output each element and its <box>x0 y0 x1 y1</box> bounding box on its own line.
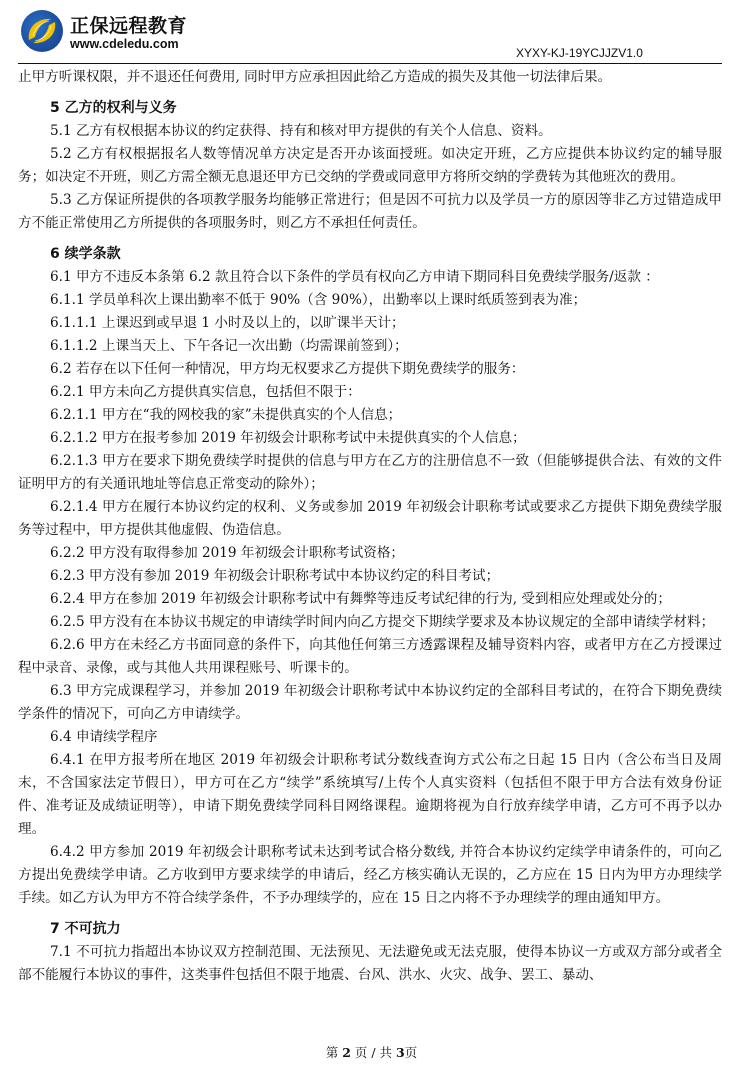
clause-6-2-1: 6.2.1 甲方未向乙方提供真实信息，包括但不限于： <box>18 381 722 404</box>
clause-6-2-1-2: 6.2.1.2 甲方在报考参加 2019 年初级会计职称考试中未提供真实的个人信… <box>18 427 722 450</box>
clause-6-4: 6.4 申请续学程序 <box>18 726 722 749</box>
spacer <box>18 89 722 97</box>
clause-6-2: 6.2 若存在以下任何一种情况，甲方均无权要求乙方提供下期免费续学的服务： <box>18 358 722 381</box>
clause-6-1-1-1: 6.1.1.1 上课迟到或早退 1 小时及以上的，以旷课半天计； <box>18 312 722 335</box>
logo-icon <box>21 10 63 52</box>
clause-6-2-1-3: 6.2.1.3 甲方在要求下期免费续学时提供的信息与甲方在乙方的注册信息不一致（… <box>18 450 722 496</box>
section-7-heading: 7 不可抗力 <box>50 918 722 941</box>
clause-6-1-1: 6.1.1 学员单科次上课出勤率不低于 90%（含 90%），出勤率以上课时纸质… <box>18 289 722 312</box>
header-divider <box>18 63 722 64</box>
clause-5-1: 5.1 乙方有权根据本协议的约定获得、持有和核对甲方提供的有关个人信息、资料。 <box>18 120 722 143</box>
spacer <box>18 235 722 243</box>
footer-suffix: 页 <box>405 1045 418 1060</box>
clause-6-2-1-4: 6.2.1.4 甲方在履行本协议约定的权利、义务或参加 2019 年初级会计职称… <box>18 496 722 542</box>
clause-6-3: 6.3 甲方完成课程学习，并参加 2019 年初级会计职称考试中本协议约定的全部… <box>18 680 722 726</box>
clause-6-1-1-2: 6.1.1.2 上课当天上、下午各记一次出勤（均需课前签到）； <box>18 335 722 358</box>
section-5-heading: 5 乙方的权利与义务 <box>50 97 722 120</box>
section-6-heading: 6 续学条款 <box>50 243 722 266</box>
total-pages-number: 3 <box>396 1045 405 1060</box>
clause-5-2: 5.2 乙方有权根据报名人数等情况单方决定是否开办该面授班。如决定开班，乙方应提… <box>18 143 722 189</box>
logo-title: 正保远程教育 <box>70 11 187 38</box>
current-page-number: 2 <box>342 1045 351 1060</box>
carryover-paragraph: 止甲方听课权限，并不退还任何费用, 同时甲方应承担因此给乙方造成的损失及其他一切… <box>18 66 722 89</box>
page-header: 正保远程教育 www.cdeledu.com XYXY-KJ-19YCJJZV1… <box>0 0 743 66</box>
footer-middle: 页 / 共 <box>351 1045 396 1060</box>
document-code: XYXY-KJ-19YCJJZV1.0 <box>516 46 643 60</box>
clause-6-2-5: 6.2.5 甲方没有在本协议书规定的申请续学时间内向乙方提交下期续学要求及本协议… <box>18 611 722 634</box>
clause-6-2-4: 6.2.4 甲方在参加 2019 年初级会计职称考试中有舞弊等违反考试纪律的行为… <box>18 588 722 611</box>
document-body: 止甲方听课权限，并不退还任何费用, 同时甲方应承担因此给乙方造成的损失及其他一切… <box>18 66 722 987</box>
clause-6-4-2: 6.4.2 甲方参加 2019 年初级会计职称考试未达到考试合格分数线, 并符合… <box>18 841 722 910</box>
clause-6-2-1-1: 6.2.1.1 甲方在“我的网校我的家”未提供真实的个人信息； <box>18 404 722 427</box>
clause-5-3: 5.3 乙方保证所提供的各项教学服务均能够正常进行；但是因不可抗力以及学员一方的… <box>18 189 722 235</box>
clause-7-1: 7.1 不可抗力指超出本协议双方控制范围、无法预见、无法避免或无法克服，使得本协… <box>18 941 722 987</box>
clause-6-1: 6.1 甲方不违反本条第 6.2 款且符合以下条件的学员有权向乙方申请下期同科目… <box>18 266 722 289</box>
clause-6-2-6: 6.2.6 甲方在未经乙方书面同意的条件下，向其他任何第三方透露课程及辅导资料内… <box>18 634 722 680</box>
footer-prefix: 第 <box>326 1045 342 1060</box>
clause-6-2-2: 6.2.2 甲方没有取得参加 2019 年初级会计职称考试资格； <box>18 542 722 565</box>
page-footer: 第 2 页 / 共 3页 <box>0 1043 743 1061</box>
logo-url: www.cdeledu.com <box>70 37 179 51</box>
clause-6-2-3: 6.2.3 甲方没有参加 2019 年初级会计职称考试中本协议约定的科目考试； <box>18 565 722 588</box>
clause-6-4-1: 6.4.1 在甲方报考所在地区 2019 年初级会计职称考试分数线查询方式公布之… <box>18 749 722 841</box>
spacer <box>18 910 722 918</box>
